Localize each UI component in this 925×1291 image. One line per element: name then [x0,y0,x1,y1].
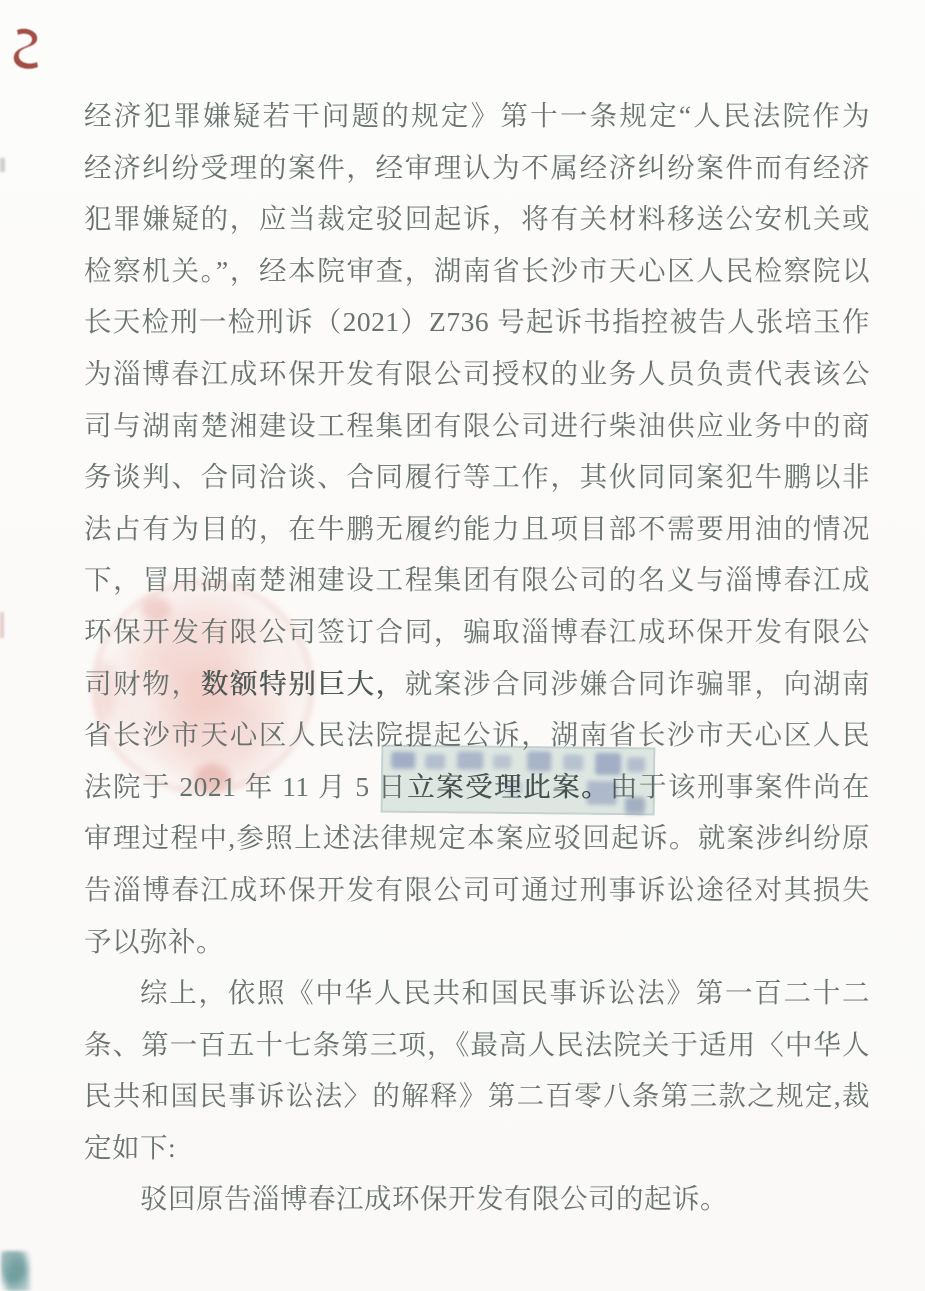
text-segment: 经济纠纷受理的案件，经审理认为不属经济纠纷案件而有经济 [84,152,870,183]
text-line: 长天检刑一检刑诉（2021）Z736 号起诉书指控被告人张培玉作 [84,296,870,348]
text-line: 为淄博春江成环保开发有限公司授权的业务人员负责代表该公 [84,348,870,400]
text-segment: 下，冒用湖南楚湘建设工程集团有限公司的名义与淄博春江成 [84,564,870,595]
scanned-document-page: 经济犯罪嫌疑若干问题的规定》第十一条规定“人民法院作为经济纠纷受理的案件，经审理… [0,0,925,1291]
text-segment: 司与湖南楚湘建设工程集团有限公司进行柴油供应业务中的商 [84,410,870,441]
text-line: 经济纠纷受理的案件，经审理认为不属经济纠纷案件而有经济 [84,142,870,194]
text-segment: 综上，依照《中华人民共和国民事诉讼法》第一百二十二 [140,977,870,1008]
text-segment: 定如下: [84,1132,176,1163]
text-segment: 司财物， [84,668,201,699]
text-segment: 务谈判、合同洽谈、合同履行等工作，其伙同同案犯牛鹏以非 [84,461,870,492]
red-ink-corner-mark [11,26,45,70]
text-segment: 法院于 2021 年 11 月 5 日 [84,771,407,802]
text-segment: 环保开发有限公司签订合同，骗取淄博春江成环保开发有限公 [84,616,870,647]
text-line: 法院于 2021 年 11 月 5 日立案受理此案。由于该刑事案件尚在 [84,761,870,813]
teal-smudge-corner-mark [1,1251,31,1291]
text-segment: 经济犯罪嫌疑若干问题的规定》第十一条规定“人民法院作为 [84,100,870,131]
text-line: 司财物，数额特别巨大，就案涉合同涉嫌合同诈骗罪，向湖南 [84,658,870,710]
text-segment: 长天检刑一检刑诉（2021）Z736 号起诉书指控被告人张培玉作 [84,306,870,337]
text-segment: 省长沙市天心区人民法院提起公诉，湖南省长沙市天心区人民 [84,719,870,750]
text-segment: 由于该刑事案件尚在 [610,771,870,802]
emphasized-text-segment: 数额特别巨大， [201,668,405,699]
text-line: 下，冒用湖南楚湘建设工程集团有限公司的名义与淄博春江成 [84,554,870,606]
text-line: 综上，依照《中华人民共和国民事诉讼法》第一百二十二 [84,967,870,1019]
text-line: 犯罪嫌疑的，应当裁定驳回起诉，将有关材料移送公安机关或 [84,193,870,245]
text-line: 驳回原告淄博春江成环保开发有限公司的起诉。 [84,1173,870,1225]
text-line: 省长沙市天心区人民法院提起公诉，湖南省长沙市天心区人民 [84,709,870,761]
text-segment: 告淄博春江成环保开发有限公司可通过刑事诉讼途径对其损失 [84,874,870,905]
text-segment: 犯罪嫌疑的，应当裁定驳回起诉，将有关材料移送公安机关或 [84,203,870,234]
text-line: 条、第一百五十七条第三项，《最高人民法院关于适用〈中华人 [84,1019,870,1071]
text-line: 司与湖南楚湘建设工程集团有限公司进行柴油供应业务中的商 [84,400,870,452]
scan-artifact [0,158,5,172]
text-segment: 条、第一百五十七条第三项，《最高人民法院关于适用〈中华人 [84,1029,870,1060]
text-segment: 为淄博春江成环保开发有限公司授权的业务人员负责代表该公 [84,358,870,389]
text-line: 审理过程中,参照上述法律规定本案应驳回起诉。就案涉纠纷原 [84,812,870,864]
scan-artifact [0,612,4,638]
text-line: 务谈判、合同洽谈、合同履行等工作，其伙同同案犯牛鹏以非 [84,451,870,503]
text-segment: 驳回原告淄博春江成环保开发有限公司的起诉。 [140,1183,728,1214]
text-line: 检察机关。”，经本院审查，湖南省长沙市天心区人民检察院以 [84,245,870,297]
text-line: 民共和国民事诉讼法〉的解释》第二百零八条第三款之规定,裁 [84,1070,870,1122]
text-line: 环保开发有限公司签订合同，骗取淄博春江成环保开发有限公 [84,606,870,658]
text-line: 经济犯罪嫌疑若干问题的规定》第十一条规定“人民法院作为 [84,90,870,142]
text-line: 定如下: [84,1122,870,1174]
text-line: 告淄博春江成环保开发有限公司可通过刑事诉讼途径对其损失 [84,864,870,916]
text-line: 予以弥补。 [84,916,870,968]
text-segment: 检察机关。”，经本院审查，湖南省长沙市天心区人民检察院以 [84,255,870,286]
text-line: 法占有为目的，在牛鹏无履约能力且项目部不需要用油的情况 [84,503,870,555]
text-segment: 民共和国民事诉讼法〉的解释》第二百零八条第三款之规定,裁 [84,1080,870,1111]
text-segment: 审理过程中,参照上述法律规定本案应驳回起诉。就案涉纠纷原 [84,822,870,853]
text-segment: 予以弥补。 [84,926,224,957]
text-segment: 法占有为目的，在牛鹏无履约能力且项目部不需要用油的情况 [84,513,870,544]
text-segment: 就案涉合同涉嫌合同诈骗罪，向湖南 [405,668,870,699]
ruling-text-block: 经济犯罪嫌疑若干问题的规定》第十一条规定“人民法院作为经济纠纷受理的案件，经审理… [84,90,870,1225]
emphasized-text-segment: 立案受理此案。 [407,771,610,802]
